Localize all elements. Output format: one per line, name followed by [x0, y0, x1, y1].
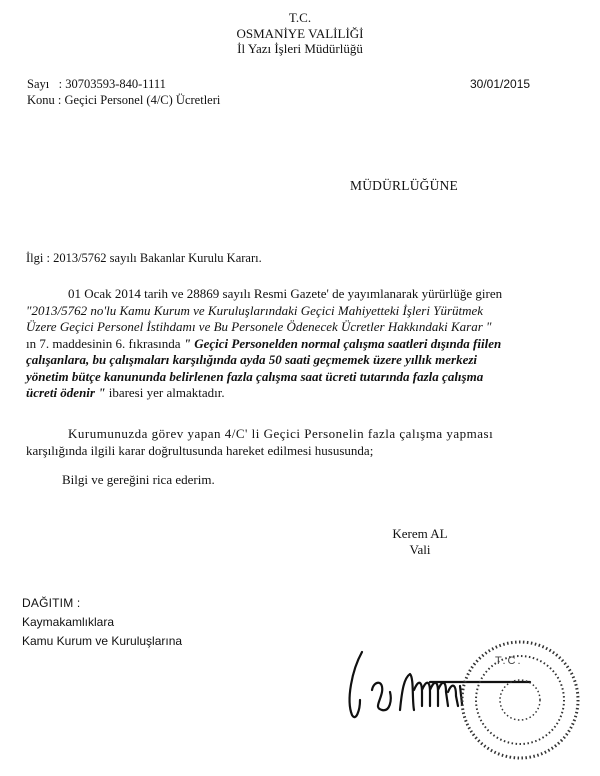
- quoted-text: " Geçici Personelden normal çalışma saat…: [184, 336, 501, 351]
- distribution-item: Kaymakamlıklara: [22, 613, 182, 632]
- body-line: "2013/5762 no'lu Kamu Kurum ve Kuruluşla…: [26, 303, 581, 320]
- signature-and-seal: T.C.: [330, 630, 600, 770]
- body-paragraph-1: 01 Ocak 2014 tarih ve 28869 sayılı Resmi…: [26, 286, 581, 402]
- body-line: ın 7. maddesinin 6. fıkrasında " Geçici …: [26, 336, 581, 353]
- letterhead: T.C. OSMANİYE VALİLİĞİ İl Yazı İşleri Mü…: [200, 10, 400, 57]
- body-text: ibaresi yer almaktadır.: [105, 385, 224, 400]
- document-date: 30/01/2015: [470, 77, 530, 91]
- reference-number-label: Sayı: [27, 77, 49, 91]
- handwritten-signature-icon: T.C.: [330, 630, 600, 770]
- letterhead-department: İl Yazı İşleri Müdürlüğü: [200, 41, 400, 57]
- distribution-list: DAĞITIM : Kaymakamlıklara Kamu Kurum ve …: [22, 594, 182, 651]
- addressee: MÜDÜRLÜĞÜNE: [350, 178, 458, 194]
- signer-name: Kerem AL: [390, 526, 450, 542]
- signer-title: Vali: [390, 542, 450, 558]
- body-line: ücreti ödenir " ibaresi yer almaktadır.: [26, 385, 581, 402]
- reference-number-row: Sayı : 30703593-840-1111: [27, 76, 220, 92]
- subject-label: Konu: [27, 93, 55, 107]
- subject-row: Konu : Geçici Personel (4/C) Ücretleri: [27, 92, 220, 108]
- body-text: ın 7. maddesinin 6. fıkrasında: [26, 336, 184, 351]
- signer-block: Kerem AL Vali: [390, 526, 450, 558]
- document-meta: Sayı : 30703593-840-1111 Konu : Geçici P…: [27, 76, 220, 108]
- quoted-text: ücreti ödenir ": [26, 385, 105, 400]
- subject-value: : Geçici Personel (4/C) Ücretleri: [58, 93, 220, 107]
- distribution-title: DAĞITIM :: [22, 594, 182, 613]
- svg-text:T.C.: T.C.: [495, 655, 523, 667]
- quoted-text: yönetim bütçe kanununda belirlenen fazla…: [26, 369, 581, 386]
- body-line: karşılığında ilgili karar doğrultusunda …: [26, 442, 493, 459]
- body-line: 01 Ocak 2014 tarih ve 28869 sayılı Resmi…: [26, 286, 581, 303]
- reference-number-value: : 30703593-840-1111: [59, 77, 166, 91]
- reference-line: İlgi : 2013/5762 sayılı Bakanlar Kurulu …: [26, 251, 262, 266]
- body-line: Üzere Geçici Personel İstihdamı ve Bu Pe…: [26, 319, 581, 336]
- quoted-text: çalışanlara, bu çalışmaları karşılığında…: [26, 352, 581, 369]
- letterhead-governorship: OSMANİYE VALİLİĞİ: [200, 26, 400, 42]
- body-line: Kurumunuzda görev yapan 4/C' li Geçici P…: [26, 425, 493, 442]
- distribution-item: Kamu Kurum ve Kuruluşlarına: [22, 632, 182, 651]
- body-paragraph-2: Kurumunuzda görev yapan 4/C' li Geçici P…: [26, 425, 493, 459]
- closing-sentence: Bilgi ve gereğini rica ederim.: [62, 472, 215, 488]
- letterhead-tc: T.C.: [200, 10, 400, 26]
